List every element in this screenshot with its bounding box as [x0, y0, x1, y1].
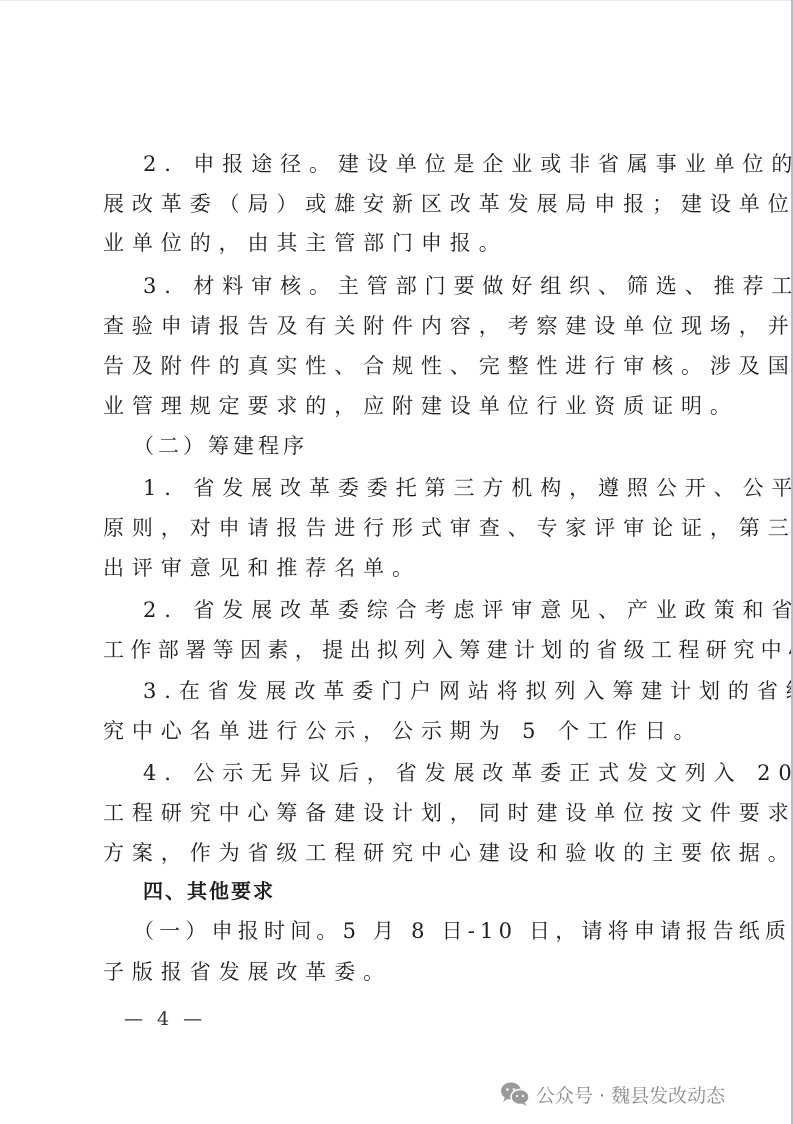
paragraph-line: 业管理规定要求的，应附建设单位行业资质证明。 — [103, 391, 703, 421]
paragraph-line: 究中心名单进行公示，公示期为 5 个工作日。 — [103, 716, 703, 746]
paragraph-line: 工作部署等因素，提出拟列入筹建计划的省级工程研究中心名单。 — [103, 635, 703, 665]
paragraph-line: 展改革委（局）或雄安新区改革发展局申报；建设单位是省属事 — [103, 189, 703, 219]
paragraph-line: 告及附件的真实性、合规性、完整性进行审核。涉及国家、省行 — [103, 351, 703, 381]
paragraph-line: 业单位的，由其主管部门申报。 — [103, 228, 703, 258]
paragraph-line: 出评审意见和推荐名单。 — [103, 553, 703, 583]
page-number: — 4 — — [124, 1004, 206, 1034]
section-subheading: （二）筹建程序 — [133, 431, 733, 461]
paragraph-line: 2. 省发展改革委综合考虑评审意见、产业政策和省委省政府 — [143, 595, 743, 625]
paragraph-line: 1. 省发展改革委委托第三方机构，遵照公开、公平、公正的 — [143, 473, 743, 503]
paragraph-line: 3. 材料审核。主管部门要做好组织、筛选、推荐工作，认真 — [143, 271, 743, 301]
paragraph-line: 原则，对申请报告进行形式审查、专家评审论证，第三方机构提 — [103, 513, 703, 543]
paragraph-line: 工程研究中心筹备建设计划，同时建设单位按文件要求编制建设 — [103, 798, 703, 828]
section-heading: 四、其他要求 — [143, 876, 743, 906]
paragraph-line: 方案，作为省级工程研究中心建设和验收的主要依据。 — [103, 838, 703, 868]
wechat-icon — [500, 1081, 530, 1107]
document-page: 2. 申报途径。建设单位是企业或非省属事业单位的，由市发 展改革委（局）或雄安新… — [0, 0, 791, 1124]
paragraph-line: 3.在省发展改革委门户网站将拟列入筹建计划的省级工程研 — [143, 676, 743, 706]
paragraph-line: 4. 公示无异议后，省发展改革委正式发文列入 2024 年省级 — [143, 758, 743, 788]
paragraph-line: （一）申报时间。5 月 8 日-10 日，请将申请报告纸质版和电 — [133, 916, 733, 946]
paragraph-line: 2. 申报途径。建设单位是企业或非省属事业单位的，由市发 — [143, 149, 743, 179]
paragraph-line: 子版报省发展改革委。 — [103, 957, 703, 987]
wechat-official-account-watermark: 公众号 · 魏县发改动态 — [500, 1079, 725, 1109]
watermark-text: 公众号 · 魏县发改动态 — [536, 1081, 725, 1108]
paragraph-line: 查验申请报告及有关附件内容，考察建设单位现场，并对申请报 — [103, 311, 703, 341]
